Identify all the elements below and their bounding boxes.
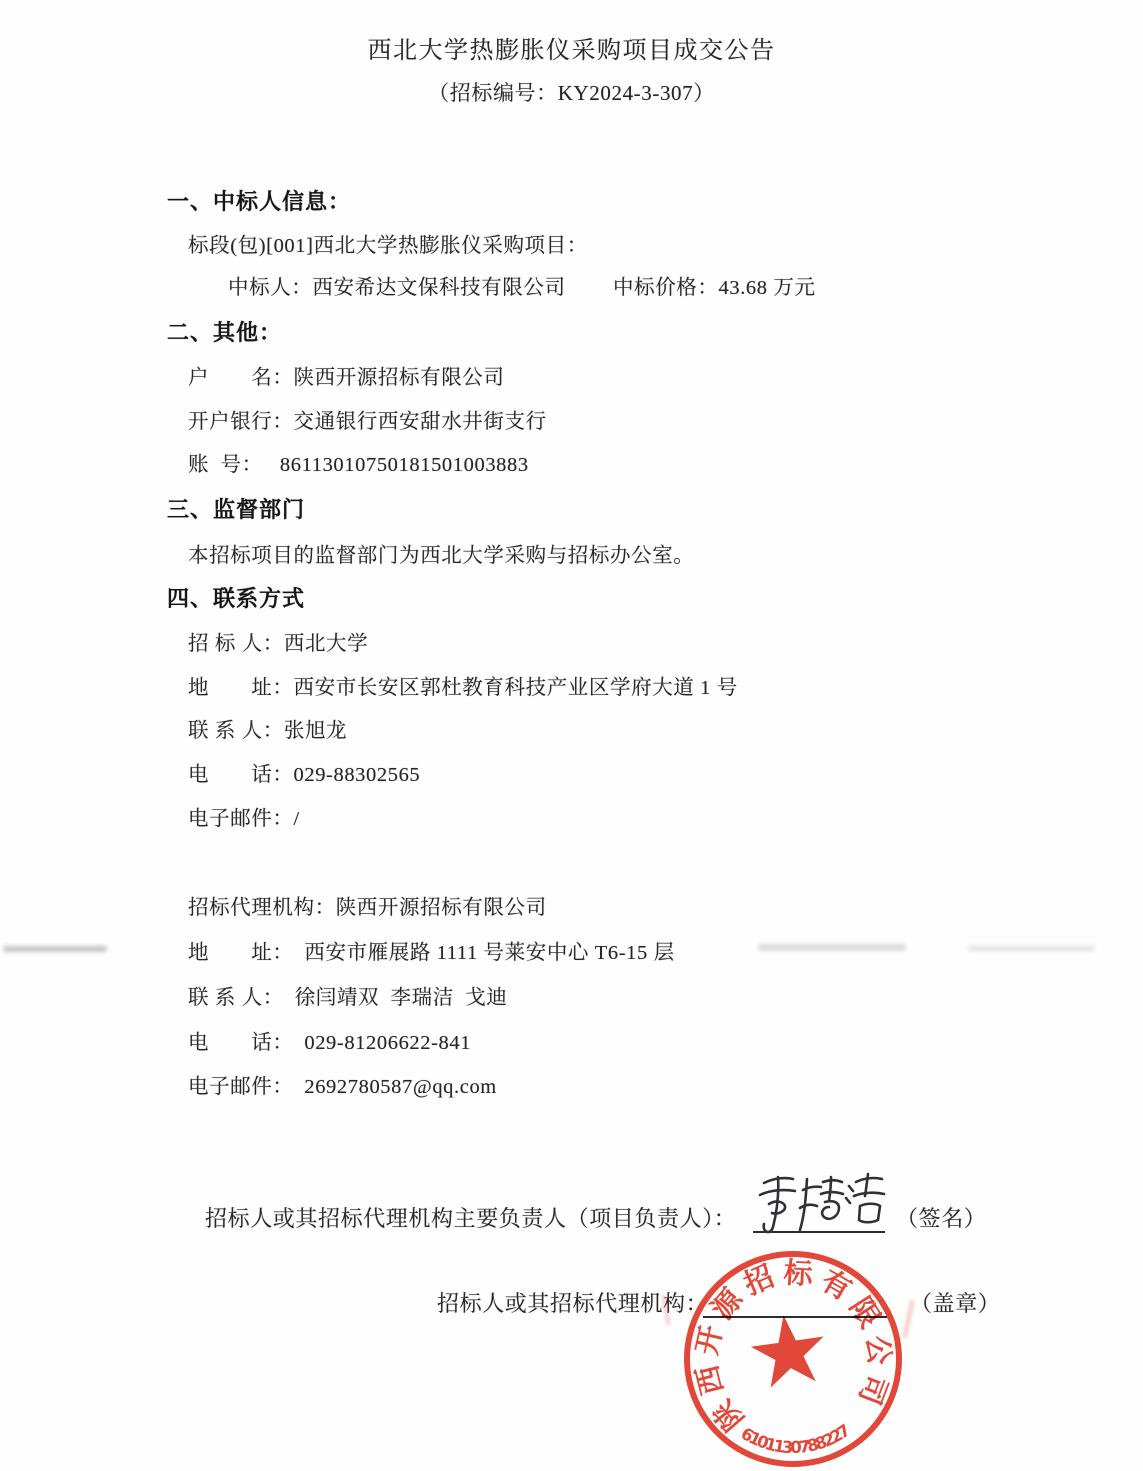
agency-address: 地 址： 西安市雁展路 1111 号莱安中心 T6-15 层	[188, 935, 675, 965]
scan-artifact	[758, 944, 906, 951]
tenderer-contact-person: 联 系 人：张旭龙	[188, 713, 347, 743]
account-name: 户 名：陕西开源招标有限公司	[188, 360, 505, 390]
section-heading-contact: 四、联系方式	[167, 582, 305, 613]
agency-name: 招标代理机构：陕西开源招标有限公司	[188, 890, 547, 920]
section-heading-winner: 一、中标人信息：	[167, 185, 351, 216]
tenderer-address: 地 址：西安市长安区郭杜教育科技产业区学府大道 1 号	[188, 670, 738, 700]
section-heading-supervision: 三、监督部门	[167, 493, 305, 524]
tenderer-phone: 电 话：029-88302565	[188, 757, 420, 787]
supervision-body: 本招标项目的监督部门为西北大学采购与招标办公室。	[188, 538, 694, 568]
tenderer-name: 招 标 人：西北大学	[188, 626, 368, 656]
package-line: 标段(包)[001]西北大学热膨胀仪采购项目：	[188, 228, 588, 258]
principal-signature-label: 招标人或其招标代理机构主要负责人（项目负责人）：	[205, 1202, 736, 1233]
seal-number: 6101130788227	[684, 1251, 902, 1467]
ink-smear	[902, 1300, 915, 1338]
handwritten-signature	[750, 1167, 890, 1241]
scan-artifact	[3, 946, 107, 952]
signature-suffix-label: （签名）	[896, 1202, 986, 1233]
official-seal: 陕西开源招标有限公司 ★ 6101130788227	[684, 1251, 902, 1467]
scan-artifact	[968, 946, 1095, 951]
agency-email: 电子邮件： 2692780587@qq.com	[188, 1069, 497, 1099]
seal-suffix-label: （盖章）	[910, 1287, 1000, 1318]
bank-name: 开户银行：交通银行西安甜水井街支行	[188, 404, 547, 434]
document-title: 西北大学热膨胀仪采购项目成交公告	[0, 30, 1143, 65]
agency-contact-person: 联 系 人： 徐闫靖双 李瑞洁 戈迪	[188, 980, 508, 1010]
winner-name: 中标人：西安希达文保科技有限公司	[228, 270, 566, 300]
account-number: 账 号： 86113010750181501003883	[188, 447, 529, 477]
document-subtitle: （招标编号：KY2024-3-307）	[0, 77, 1143, 107]
document-page: 西北大学热膨胀仪采购项目成交公告 （招标编号：KY2024-3-307） 一、中…	[0, 0, 1143, 1471]
tenderer-email: 电子邮件：/	[188, 801, 300, 831]
section-heading-other: 二、其他：	[167, 316, 282, 347]
agency-phone: 电 话： 029-81206622-841	[188, 1025, 471, 1055]
winner-price: 中标价格：43.68 万元	[613, 270, 816, 300]
